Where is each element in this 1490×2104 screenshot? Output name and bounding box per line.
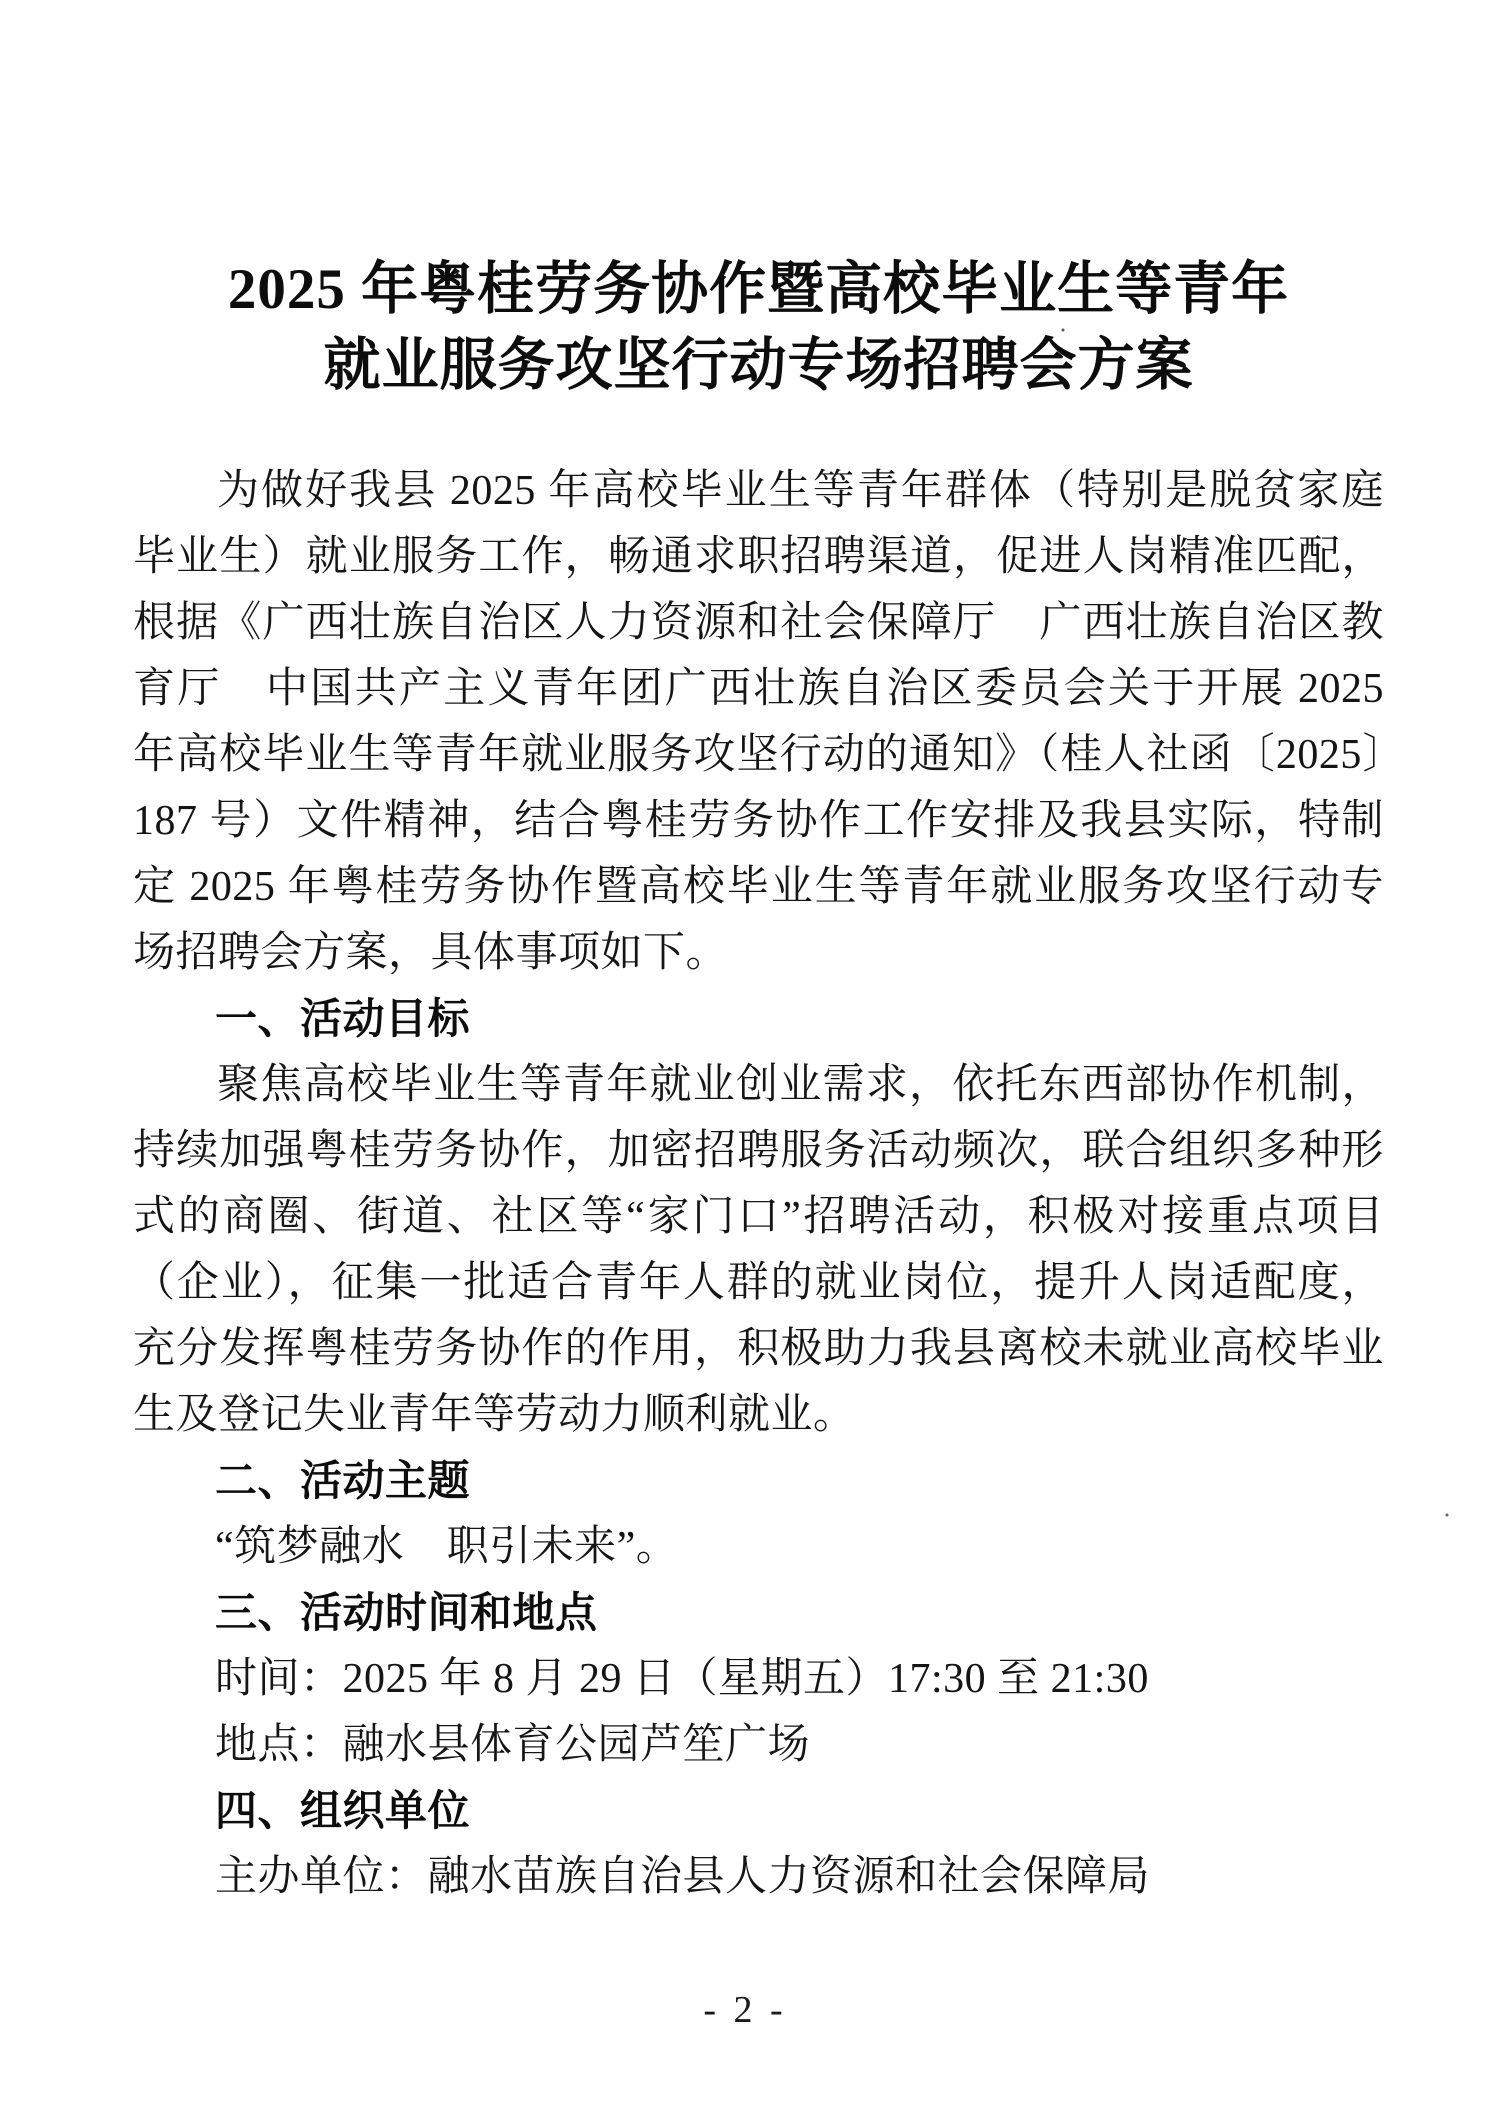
activity-theme-text: “筑梦融水 职引未来”。 xyxy=(133,1514,1384,1580)
organizer-text: 主办单位：融水苗族自治县人力资源和社会保障局 xyxy=(133,1844,1384,1910)
document-title: 2025 年粤桂劳务协作暨高校毕业生等青年 就业服务攻坚行动专场招聘会方案 xyxy=(133,252,1384,404)
paragraph-activity-goal: 聚焦高校毕业生等青年就业创业需求，依托东西部协作机制，持续加强粤桂劳务协作，加密… xyxy=(133,1052,1384,1448)
document-title-line1: 2025 年粤桂劳务协作暨高校毕业生等青年 xyxy=(228,258,1289,321)
document-body: 为做好我县 2025 年高校毕业生等青年群体（特别是脱贫家庭毕业生）就业服务工作… xyxy=(133,458,1384,1910)
activity-place-text: 地点：融水县体育公园芦笙广场 xyxy=(133,1712,1384,1778)
page-number: - 2 - xyxy=(0,1988,1490,2032)
section-heading-activity-theme: 二、活动主题 xyxy=(133,1448,1384,1514)
section-heading-activity-goal: 一、活动目标 xyxy=(133,986,1384,1052)
document-page: 2025 年粤桂劳务协作暨高校毕业生等青年 就业服务攻坚行动专场招聘会方案 为做… xyxy=(0,0,1490,2104)
section-heading-organizers: 四、组织单位 xyxy=(133,1778,1384,1844)
document-title-line2: 就业服务攻坚行动专场招聘会方案 xyxy=(324,334,1194,397)
paragraph-intro: 为做好我县 2025 年高校毕业生等青年群体（特别是脱贫家庭毕业生）就业服务工作… xyxy=(133,458,1384,986)
section-heading-time-place: 三、活动时间和地点 xyxy=(133,1580,1384,1646)
activity-time-text: 时间：2025 年 8 月 29 日（星期五）17:30 至 21:30 xyxy=(133,1646,1384,1712)
